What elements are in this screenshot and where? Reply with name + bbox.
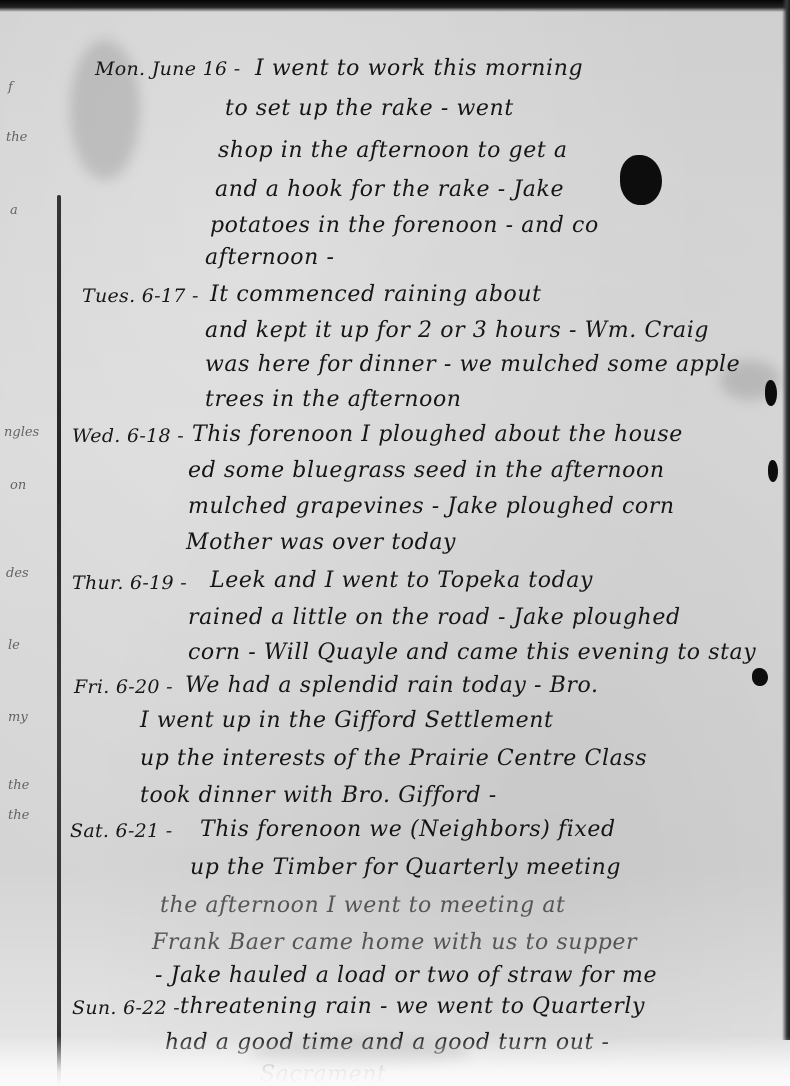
- entry-line: ed some bluegrass seed in the afternoon: [188, 458, 665, 483]
- entry-line: - Jake hauled a load or two of straw for…: [155, 963, 657, 988]
- entry-line: This forenoon I ploughed about the house: [192, 422, 683, 447]
- margin-note: f: [8, 80, 13, 95]
- entry-line: took dinner with Bro. Gifford -: [140, 783, 497, 808]
- entry-line: This forenoon we (Neighbors) fixed: [200, 817, 616, 842]
- ink-blot: [768, 460, 778, 482]
- ink-blot: [752, 668, 768, 686]
- entry-date: Sun. 6-22 -: [72, 997, 180, 1019]
- margin-note: the: [8, 778, 29, 793]
- entry-line: and kept it up for 2 or 3 hours - Wm. Cr…: [205, 318, 709, 343]
- entry-date: Wed. 6-18 -: [72, 425, 184, 447]
- entry-line: Mother was over today: [186, 530, 456, 555]
- margin-rule: [57, 195, 61, 1086]
- entry-line: Leek and I went to Topeka today: [210, 568, 593, 593]
- entry-line: the afternoon I went to meeting at: [160, 893, 565, 918]
- entry-line: to set up the rake - went: [225, 96, 514, 121]
- entry-line: rained a little on the road - Jake ploug…: [188, 605, 681, 630]
- margin-note: my: [8, 710, 28, 725]
- page-right-edge: [782, 0, 790, 1040]
- entry-date: Sat. 6-21 -: [70, 820, 173, 842]
- margin-note: le: [8, 638, 20, 653]
- entry-date: Thur. 6-19 -: [72, 572, 187, 594]
- margin-note: a: [10, 203, 18, 218]
- entry-line: It commenced raining about: [210, 282, 542, 307]
- entry-line: I went up in the Gifford Settlement: [140, 708, 553, 733]
- entry-line: potatoes in the forenoon - and co: [210, 213, 599, 238]
- entry-line: We had a splendid rain today - Bro.: [185, 673, 599, 698]
- entry-line: trees in the afternoon: [205, 387, 462, 412]
- diary-page: f the a ngles on des le my the the Mon. …: [0, 0, 790, 1086]
- entry-line: threatening rain - we went to Quarterly: [180, 994, 645, 1019]
- entry-line: shop in the afternoon to get a: [218, 138, 568, 163]
- entry-line: up the Timber for Quarterly meeting: [190, 855, 621, 880]
- entry-line: Frank Baer came home with us to supper: [152, 930, 637, 955]
- entry-date: Fri. 6-20 -: [74, 676, 173, 698]
- ink-blot: [620, 155, 662, 205]
- entry-line: up the interests of the Prairie Centre C…: [140, 746, 647, 771]
- margin-note: on: [10, 478, 26, 493]
- entry-date: Tues. 6-17 -: [82, 285, 199, 307]
- margin-note: the: [8, 808, 29, 823]
- entry-line: was here for dinner - we mulched some ap…: [205, 352, 740, 377]
- entry-line: afternoon -: [205, 245, 335, 270]
- entry-line: I went to work this morning: [255, 56, 583, 81]
- entry-line: and a hook for the rake - Jake: [215, 177, 564, 202]
- entry-line: mulched grapevines - Jake ploughed corn: [188, 494, 675, 519]
- margin-note: the: [6, 130, 27, 145]
- ink-blot: [765, 380, 777, 406]
- page-top-edge: [0, 0, 790, 12]
- page-bottom-fade: [0, 1036, 790, 1086]
- entry-date: Mon. June 16 -: [95, 58, 240, 80]
- margin-note: des: [6, 566, 29, 581]
- entry-line: corn - Will Quayle and came this evening…: [188, 640, 756, 665]
- margin-note: ngles: [4, 425, 39, 440]
